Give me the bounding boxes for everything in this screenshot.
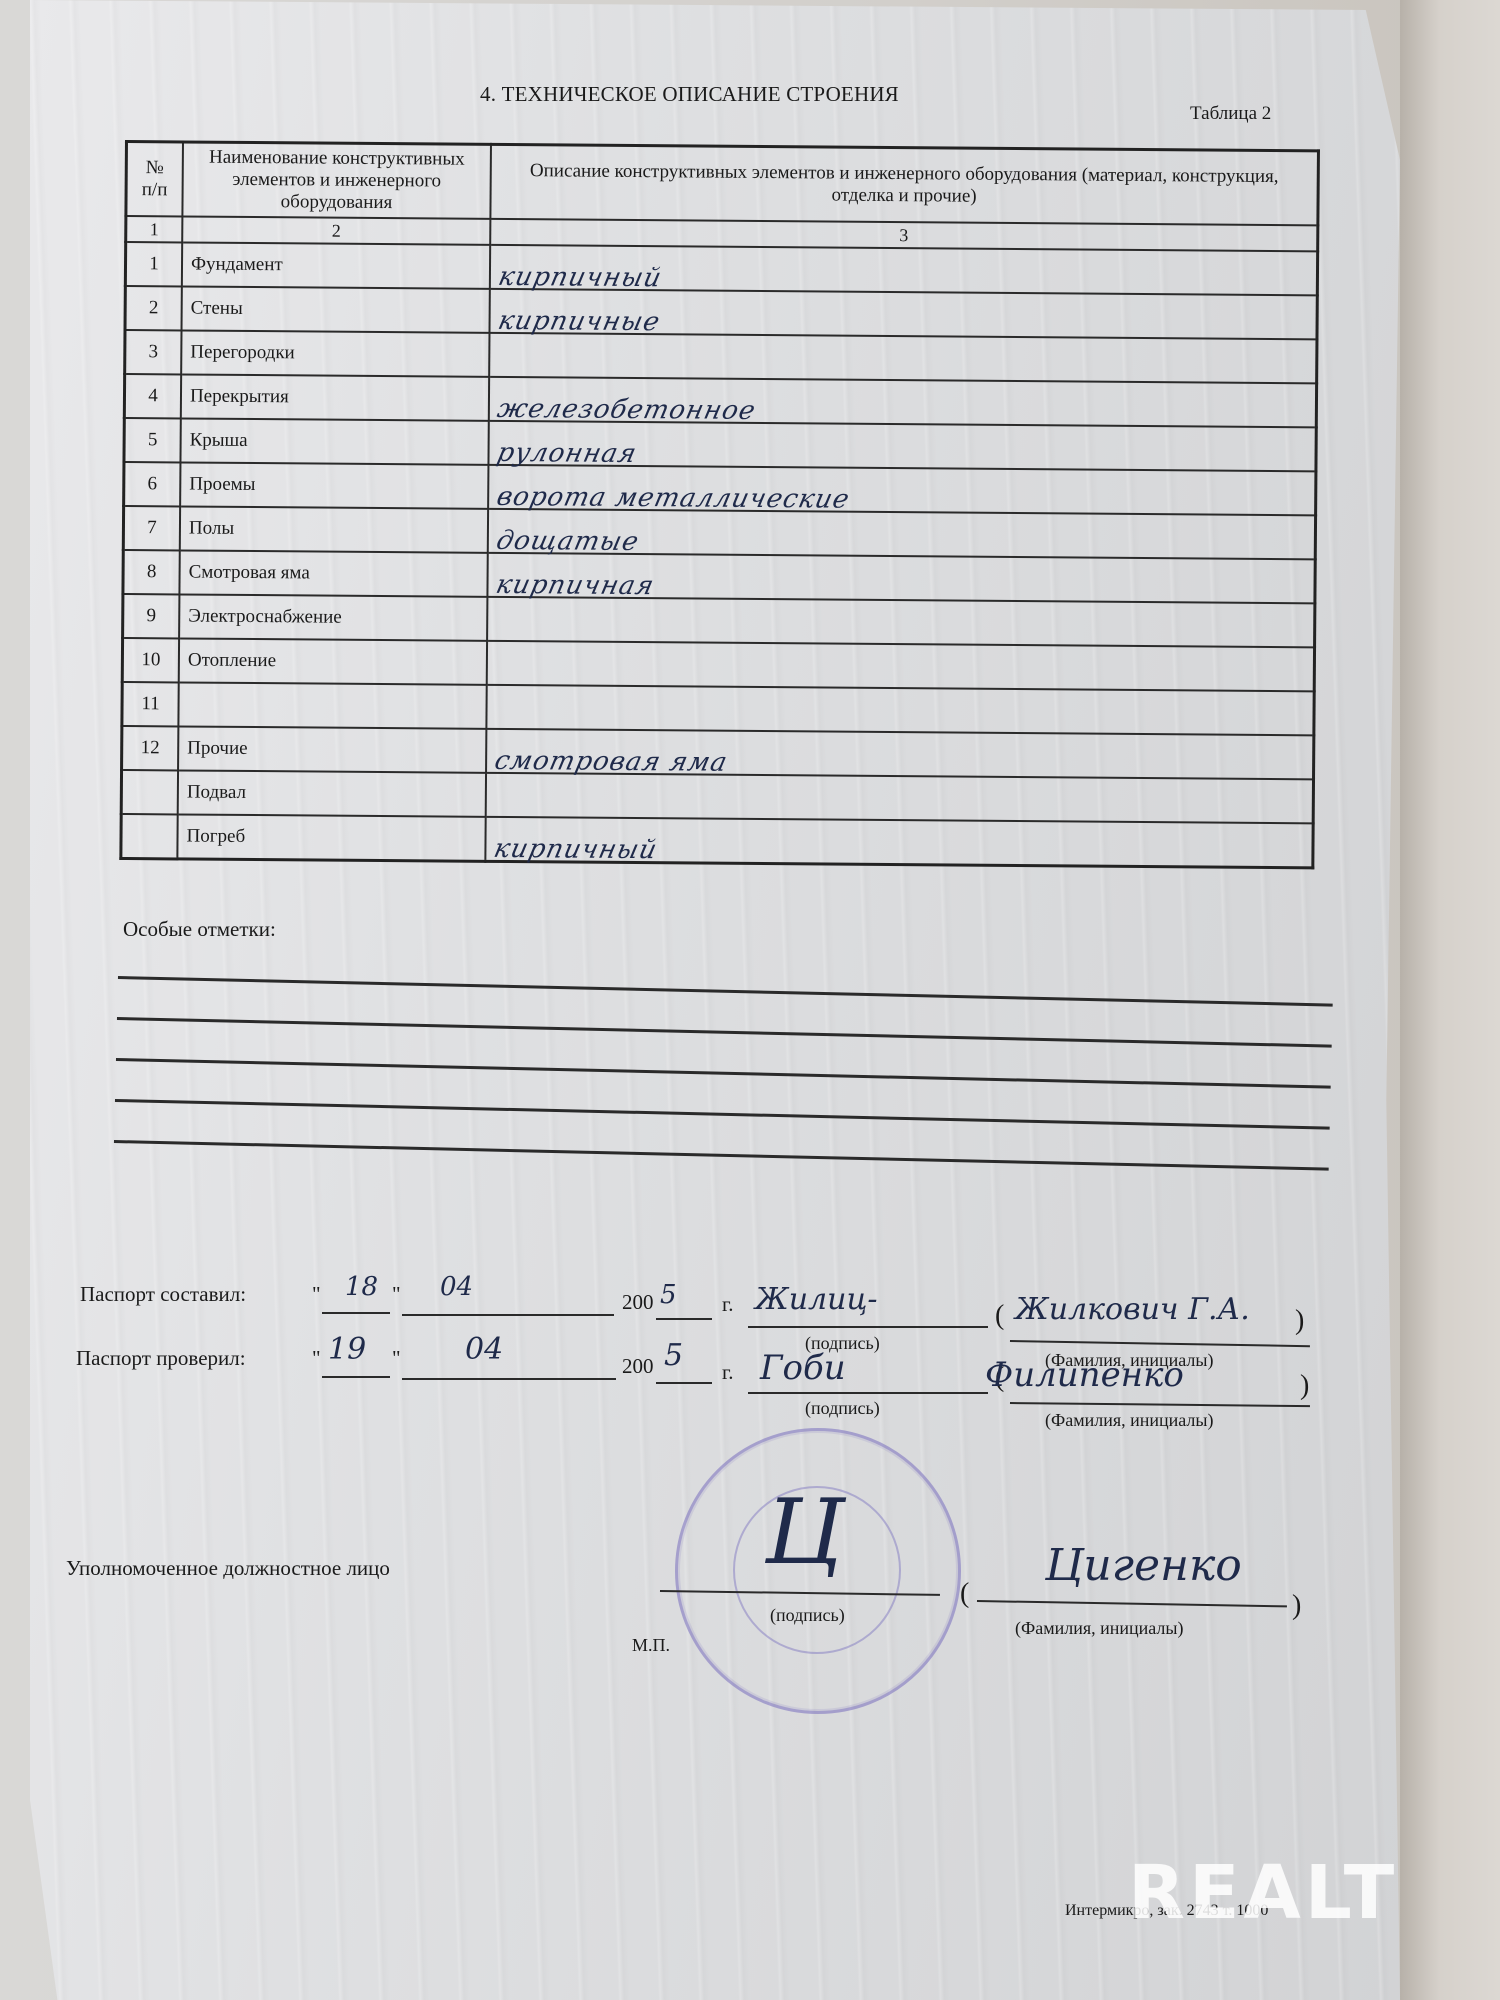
element-description [487,597,1315,647]
year-unit: г. [722,1292,734,1317]
element-description [487,641,1315,691]
row-number: 10 [122,638,179,682]
element-name: Электроснабжение [179,594,487,640]
underline [402,1378,616,1380]
underline [402,1314,614,1316]
handwritten-text: смотровая яма [492,746,731,778]
row-number: 6 [124,462,181,506]
handwritten-text: кирпичная [493,570,657,601]
table-header-row: № п/п Наименование конструктивных элемен… [126,142,1319,226]
column-number: 2 [182,216,490,244]
checked-label: Паспорт проверил: [76,1346,246,1371]
underline [656,1318,712,1320]
element-name [178,682,486,728]
paren-close: ) [1292,1590,1301,1622]
compiled-signature: Жилиц- [755,1282,878,1317]
row-number: 8 [123,550,180,594]
handwritten-text: рулонная [494,438,640,469]
element-name: Подвал [178,770,486,816]
row-number: 5 [124,418,181,462]
checked-year-suffix: 5 [664,1338,683,1373]
checked-day: 19 [328,1332,366,1367]
element-description [486,685,1314,735]
year-unit: г. [722,1360,734,1385]
element-name: Полы [180,506,488,552]
handwritten-text: кирпичные [495,306,663,337]
element-name: Погреб [177,814,485,861]
quote-mark: " [392,1282,401,1307]
row-number: 3 [125,330,182,374]
element-name: Отопление [179,638,487,684]
element-description: смотровая яма [486,729,1314,779]
underline [656,1382,712,1384]
element-name: Крыша [180,418,488,464]
official-label: Уполномоченное должностное лицо [66,1556,390,1581]
compiled-month: 04 [440,1272,473,1302]
row-number: 11 [122,682,179,726]
element-description: кирпичный [490,245,1318,295]
element-name: Фундамент [182,242,490,288]
element-description: ворота металлические [488,465,1316,515]
element-description: кирпичные [489,289,1317,339]
table-surface-background [1400,0,1500,2000]
row-number: 9 [123,594,180,638]
element-description: рулонная [488,421,1316,471]
handwritten-text: кирпичный [491,834,660,865]
official-signature: Ц [765,1480,844,1585]
element-description: железобетонное [489,377,1317,427]
special-notes-label: Особые отметки: [123,917,276,942]
row-number: 4 [124,374,181,418]
element-description [486,773,1314,823]
table-row: Погребкирпичный [121,814,1313,868]
handwritten-text: кирпичный [496,262,665,293]
checked-signature: Гоби [760,1348,846,1388]
underline [748,1326,988,1328]
paren-close: ) [1300,1370,1309,1402]
element-name: Стены [182,286,490,332]
compiled-name: Жилкович Г.А. [1015,1292,1250,1327]
compiled-day: 18 [345,1272,378,1302]
compiled-year-suffix: 5 [660,1280,677,1310]
element-description: кирпичная [487,553,1315,603]
quote-mark: " [312,1346,321,1371]
handwritten-text: ворота металлические [494,482,853,515]
column-number: 1 [126,216,183,242]
row-number: 12 [122,726,179,770]
technical-description-table: № п/п Наименование конструктивных элемен… [119,140,1320,869]
checked-name: Филипенко [985,1355,1184,1395]
paren-close: ) [1295,1305,1304,1337]
row-number: 7 [123,506,180,550]
handwritten-text: дощатые [494,526,642,557]
underline [322,1376,390,1378]
handwritten-text: железобетонное [495,394,759,426]
quote-mark: " [312,1282,321,1307]
compiled-label: Паспорт составил: [80,1282,246,1307]
underline [748,1392,988,1394]
element-description: кирпичный [485,817,1313,868]
row-number [121,770,178,814]
quote-mark: " [392,1346,401,1371]
checked-month: 04 [465,1332,503,1367]
name-caption: (Фамилия, инициалы) [1015,1618,1184,1639]
name-caption: (Фамилия, инициалы) [1045,1410,1214,1431]
row-number [121,814,178,859]
header-element-name: Наименование конструктивных элементов и … [182,142,491,219]
seal-label: М.П. [632,1635,670,1656]
official-name: Цигенко [1045,1540,1242,1591]
compiled-year-prefix: 200 [622,1290,654,1315]
paren-open: ( [995,1300,1004,1332]
paren-open: ( [960,1578,969,1610]
row-number: 1 [125,242,182,286]
header-description: Описание конструктивных элементов и инже… [490,144,1318,225]
underline [322,1312,390,1314]
table-label: Таблица 2 [1190,103,1271,125]
element-name: Перекрытия [181,374,489,420]
header-number: № п/п [126,142,183,217]
element-name: Проемы [180,462,488,508]
signature-caption: (подпись) [770,1605,845,1626]
element-name: Смотровая яма [179,550,487,596]
element-description: дощатые [488,509,1316,559]
signature-caption: (подпись) [805,1398,880,1419]
realt-watermark: REALT [1128,1850,1398,1936]
checked-year-prefix: 200 [622,1354,654,1379]
element-name: Прочие [178,726,486,772]
document-title: 4. ТЕХНИЧЕСКОЕ ОПИСАНИЕ СТРОЕНИЯ [480,82,899,107]
element-name: Перегородки [181,330,489,376]
element-description [489,333,1317,383]
row-number: 2 [125,286,182,330]
